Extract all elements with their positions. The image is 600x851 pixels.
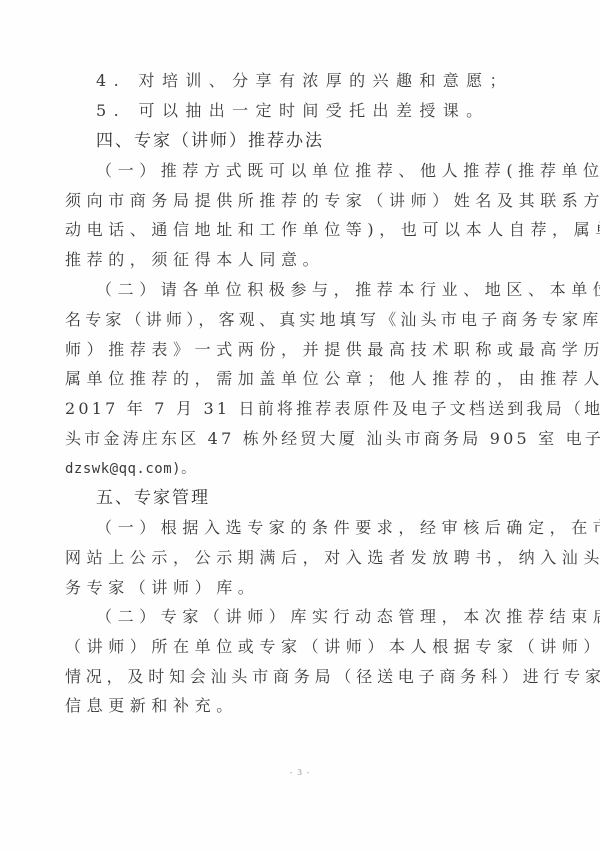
paragraph-4-1-line-2: 须向市商务局提供所推荐的专家（讲师）姓名及其联系方式包括移 [65,191,525,211]
email-address: dzswk@qq.com)。 [65,459,525,479]
list-item-4: 4. 对培训、分享有浓厚的兴趣和意愿； [96,71,556,91]
paragraph-4-1-line-1: （一）推荐方式既可以单位推荐、他人推荐(推荐单位、推荐人 [96,161,556,181]
paragraph-4-2-line-3: 师）推荐表》一式两份，并提供最高技术职称或最高学历复印件； [65,340,525,360]
paragraph-4-1-line-4: 推荐的，须征得本人同意。 [65,250,525,270]
list-item-5: 5. 可以抽出一定时间受托出差授课。 [96,101,556,121]
paragraph-4-2-line-1: （二）请各单位积极参与，推荐本行业、地区、本单位相关知 [96,280,556,300]
paragraph-4-2-line-5: 2017 年 7 月 31 日前将推荐表原件及电子文档送到我局（地址：汕 [65,399,525,419]
paragraph-5-1-line-1: （一）根据入选专家的条件要求，经审核后确定，在市商务局 [96,518,556,538]
paragraph-4-1-line-3: 动电话、通信地址和工作单位等)，也可以本人自荐，属单位和他人 [65,220,525,240]
section-heading-5: 五、专家管理 [96,488,556,508]
paragraph-4-2-line-6: 头市金涛庄东区 47 栋外经贸大厦 汕头市商务局 905 室 电子邮箱： [65,429,525,449]
document-page: 4. 对培训、分享有浓厚的兴趣和意愿； 5. 可以抽出一定时间受托出差授课。 四… [0,0,600,851]
page-number: - 3 - [0,768,600,777]
paragraph-4-2-line-2: 名专家（讲师），客观、真实地填写《汕头市电子商务专家库专家（讲 [65,310,525,330]
paragraph-5-2-line-2: （讲师）所在单位或专家（讲师）本人根据专家（讲师）信息变化 [65,637,525,657]
paragraph-5-2-line-1: （二）专家（讲师）库实行动态管理，本次推荐结束后，专家 [96,607,556,627]
paragraph-5-2-line-4: 信息更新和补充。 [65,696,525,716]
paragraph-5-1-line-2: 网站上公示，公示期满后，对入选者发放聘书，纳入汕头市电子商 [65,548,525,568]
section-heading-4: 四、专家（讲师）推荐办法 [96,131,556,151]
paragraph-5-2-line-3: 情况，及时知会汕头市商务局（径送电子商务科）进行专家（讲师） [65,667,525,687]
paragraph-4-2-line-4: 属单位推荐的，需加盖单位公章；他人推荐的，由推荐人签名，于 [65,369,525,389]
paragraph-5-1-line-3: 务专家（讲师）库。 [65,578,525,598]
